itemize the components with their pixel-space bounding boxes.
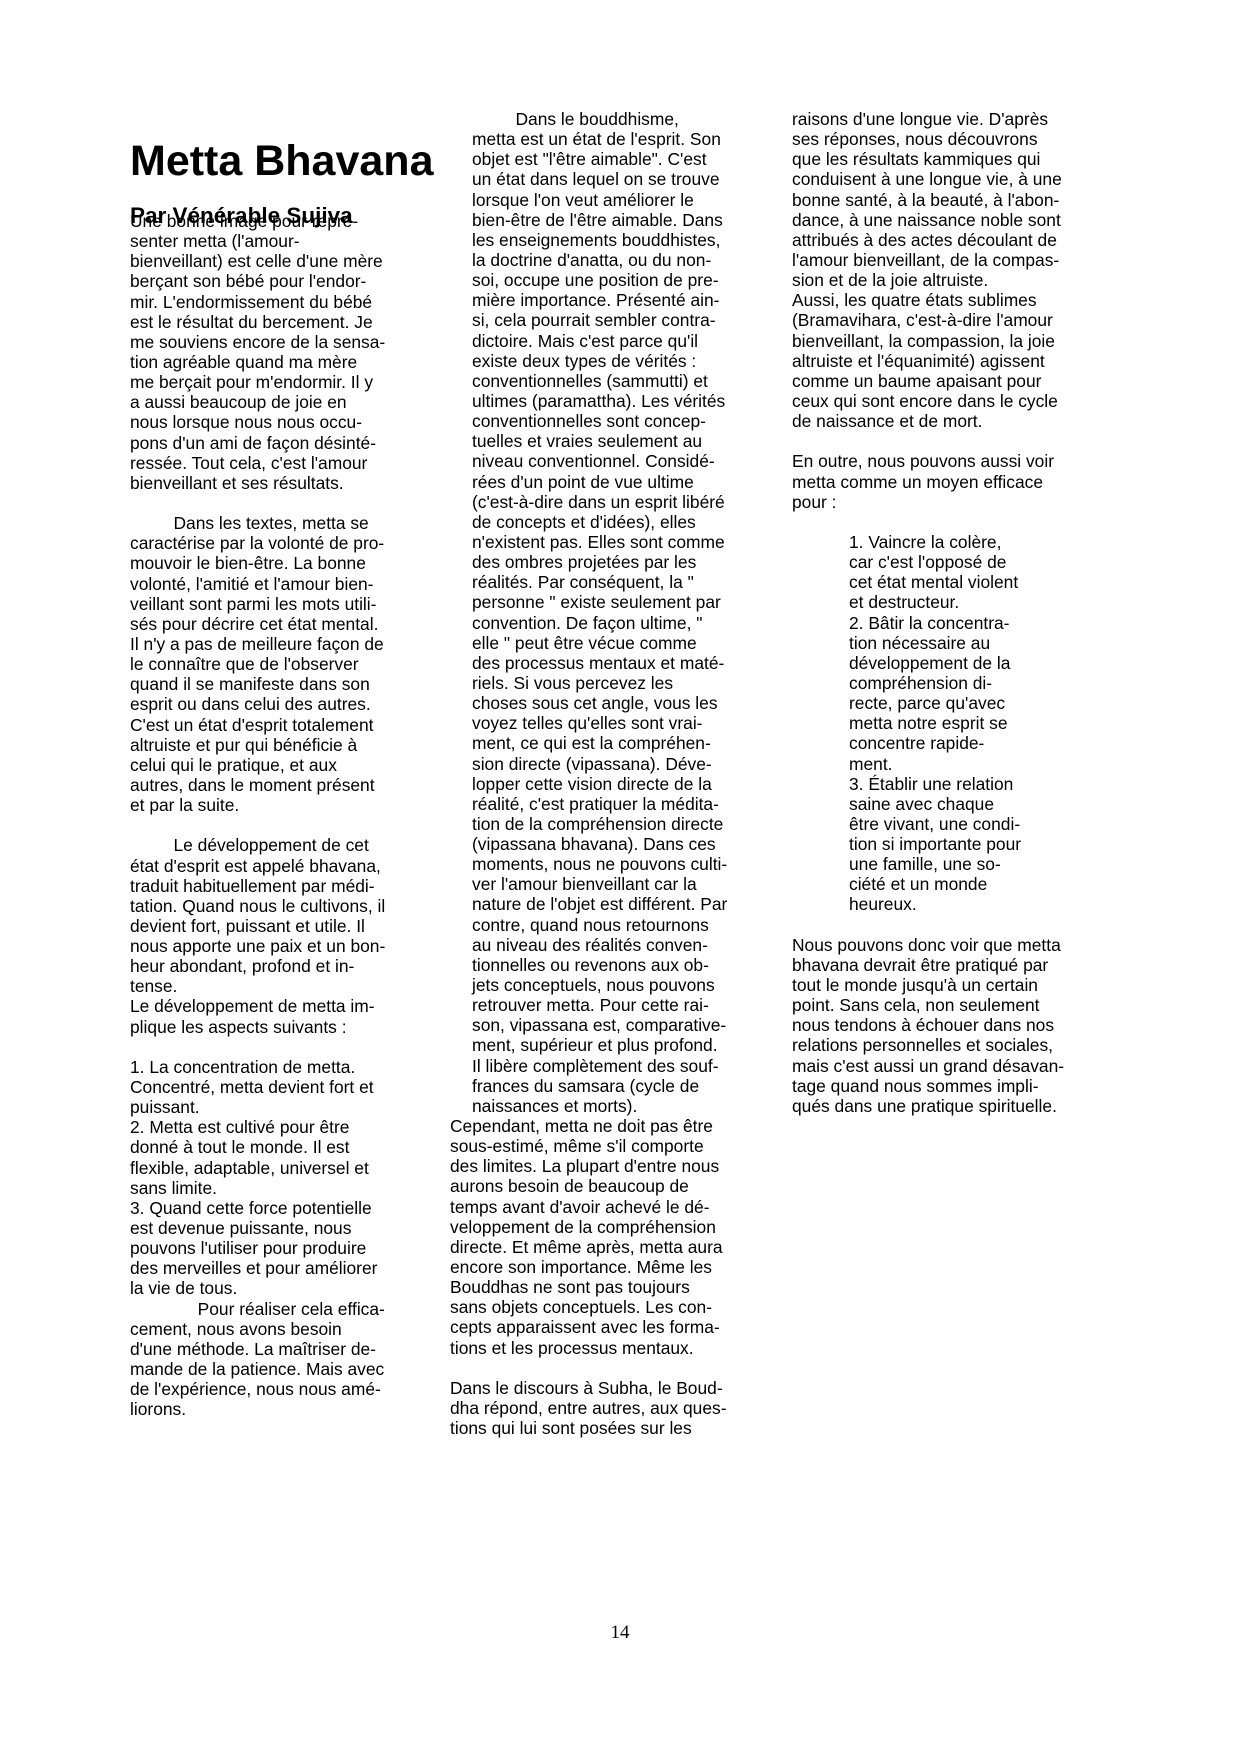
text-line: Concentré, metta devient fort et bbox=[130, 1077, 440, 1097]
text-line: directe. Et même après, metta aura bbox=[450, 1237, 782, 1257]
page-number: 14 bbox=[0, 1622, 1240, 1644]
text-line: niveau conventionnel. Considé- bbox=[472, 451, 782, 471]
text-line: sous-estimé, même s'il comporte bbox=[450, 1136, 782, 1156]
text-line: heur abondant, profond et in- bbox=[130, 956, 440, 976]
text-column-1: Une bonne image pour repré-senter metta … bbox=[130, 211, 440, 1419]
text-line: tuelles et vraies seulement au bbox=[472, 431, 782, 451]
text-line: altruiste et l'équanimité) agissent bbox=[792, 351, 1122, 371]
text-line: a aussi beaucoup de joie en bbox=[130, 392, 440, 412]
text-line: tion de la compréhension directe bbox=[472, 814, 782, 834]
text-line: existe deux types de vérités : bbox=[472, 351, 782, 371]
text-line: mouvoir le bien-être. La bonne bbox=[130, 553, 440, 573]
text-line: En outre, nous pouvons aussi voir bbox=[792, 451, 1122, 471]
text-line: tion nécessaire au bbox=[792, 633, 1122, 653]
text-line: metta comme un moyen efficace bbox=[792, 472, 1122, 492]
text-line: bien-être de l'être aimable. Dans bbox=[472, 210, 782, 230]
text-line: sion directe (vipassana). Déve- bbox=[472, 754, 782, 774]
text-line: celui qui le pratique, et aux bbox=[130, 755, 440, 775]
text-line: tion agréable quand ma mère bbox=[130, 352, 440, 372]
text-line: devient fort, puissant et utile. Il bbox=[130, 916, 440, 936]
text-line: pour : bbox=[792, 492, 1122, 512]
text-line: tation. Quand nous le cultivons, il bbox=[130, 896, 440, 916]
text-line: des merveilles et pour améliorer bbox=[130, 1258, 440, 1278]
text-line bbox=[792, 431, 1122, 451]
text-line: mir. L'endormissement du bébé bbox=[130, 292, 440, 312]
text-line: Une bonne image pour repré- bbox=[130, 211, 440, 231]
text-line: compréhension di- bbox=[792, 673, 1122, 693]
text-line: les enseignements bouddhistes, bbox=[472, 230, 782, 250]
text-line: dictoire. Mais c'est parce qu'il bbox=[472, 331, 782, 351]
text-line: 1. La concentration de metta. bbox=[130, 1057, 440, 1077]
text-line: mande de la patience. Mais avec bbox=[130, 1359, 440, 1379]
text-line: au niveau des réalités conven- bbox=[472, 935, 782, 955]
text-line: rées d'un point de vue ultime bbox=[472, 472, 782, 492]
text-line bbox=[792, 915, 1122, 935]
text-line: voyez telles qu'elles sont vrai- bbox=[472, 713, 782, 733]
text-line: Bouddhas ne sont pas toujours bbox=[450, 1277, 782, 1297]
text-line: ses réponses, nous découvrons bbox=[792, 129, 1122, 149]
text-line: me souviens encore de la sensa- bbox=[130, 332, 440, 352]
text-line: esprit ou dans celui des autres. bbox=[130, 694, 440, 714]
text-line: réalité, c'est pratiquer la médita- bbox=[472, 794, 782, 814]
text-line: elle " peut être vécue comme bbox=[472, 633, 782, 653]
text-line: Aussi, les quatre états sublimes bbox=[792, 290, 1122, 310]
text-line: sion et de la joie altruiste. bbox=[792, 270, 1122, 290]
text-line: ceux qui sont encore dans le cycle bbox=[792, 391, 1122, 411]
text-line: n'existent pas. Elles sont comme bbox=[472, 532, 782, 552]
text-line: recte, parce qu'avec bbox=[792, 693, 1122, 713]
text-line: ment. bbox=[792, 754, 1122, 774]
text-line: point. Sans cela, non seulement bbox=[792, 995, 1122, 1015]
text-line: altruiste et pur qui bénéficie à bbox=[130, 735, 440, 755]
text-line: cet état mental violent bbox=[792, 572, 1122, 592]
text-line: d'une méthode. La maîtriser de- bbox=[130, 1339, 440, 1359]
text-line: encore son importance. Même les bbox=[450, 1257, 782, 1277]
text-column-2: Dans le bouddhisme,metta est un état de … bbox=[472, 109, 782, 1438]
text-line: bienveillant, la compassion, la joie bbox=[792, 331, 1122, 351]
text-line: quand il se manifeste dans son bbox=[130, 674, 440, 694]
text-line: et destructeur. bbox=[792, 592, 1122, 612]
text-line: une famille, une so- bbox=[792, 854, 1122, 874]
text-line: l'amour bienveillant, de la compas- bbox=[792, 250, 1122, 270]
text-line: heureux. bbox=[792, 894, 1122, 914]
text-line: nous tendons à échouer dans nos bbox=[792, 1015, 1122, 1035]
text-line: lorsque l'on veut améliorer le bbox=[472, 190, 782, 210]
text-line: berçant son bébé pour l'endor- bbox=[130, 271, 440, 291]
text-line: être vivant, une condi- bbox=[792, 814, 1122, 834]
text-line: un état dans lequel on se trouve bbox=[472, 169, 782, 189]
text-line: des limites. La plupart d'entre nous bbox=[450, 1156, 782, 1176]
text-line: tions qui lui sont posées sur les bbox=[450, 1418, 782, 1438]
text-line: 2. Bâtir la concentra- bbox=[792, 613, 1122, 633]
text-line: Nous pouvons donc voir que metta bbox=[792, 935, 1122, 955]
text-line: de naissance et de mort. bbox=[792, 411, 1122, 431]
text-line bbox=[450, 1358, 782, 1378]
text-line: mière importance. Présenté ain- bbox=[472, 290, 782, 310]
text-line: réalités. Par conséquent, la " bbox=[472, 572, 782, 592]
text-line: saine avec chaque bbox=[792, 794, 1122, 814]
text-line: tion si importante pour bbox=[792, 834, 1122, 854]
text-line: 3. Quand cette force potentielle bbox=[130, 1198, 440, 1218]
text-line: qués dans une pratique spirituelle. bbox=[792, 1096, 1122, 1116]
text-line: veloppement de la compréhension bbox=[450, 1217, 782, 1237]
text-line: ment, ce qui est la compréhen- bbox=[472, 733, 782, 753]
text-line: metta est un état de l'esprit. Son bbox=[472, 129, 782, 149]
text-line: Il n'y a pas de meilleure façon de bbox=[130, 634, 440, 654]
text-line: tage quand nous sommes impli- bbox=[792, 1076, 1122, 1096]
text-line: raisons d'une longue vie. D'après bbox=[792, 109, 1122, 129]
text-line: temps avant d'avoir achevé le dé- bbox=[450, 1197, 782, 1217]
text-line: nous lorsque nous nous occu- bbox=[130, 412, 440, 432]
text-line bbox=[130, 493, 440, 513]
text-line: ciété et un monde bbox=[792, 874, 1122, 894]
text-line: flexible, adaptable, universel et bbox=[130, 1158, 440, 1178]
text-line: C'est un état d'esprit totalement bbox=[130, 715, 440, 735]
text-line: attribués à des actes découlant de bbox=[792, 230, 1122, 250]
text-line: est devenue puissante, nous bbox=[130, 1218, 440, 1238]
text-line: caractérise par la volonté de pro- bbox=[130, 533, 440, 553]
text-line: aurons besoin de beaucoup de bbox=[450, 1176, 782, 1196]
text-line: relations personnelles et sociales, bbox=[792, 1035, 1122, 1055]
text-line: 1. Vaincre la colère, bbox=[792, 532, 1122, 552]
text-line: de concepts et d'idées), elles bbox=[472, 512, 782, 532]
text-line: metta notre esprit se bbox=[792, 713, 1122, 733]
text-line: Le développement de cet bbox=[130, 835, 440, 855]
text-line: tout le monde jusqu'à un certain bbox=[792, 975, 1122, 995]
article-title: Metta Bhavana bbox=[130, 136, 433, 186]
text-line: cement, nous avons besoin bbox=[130, 1319, 440, 1339]
text-line: ultimes (paramattha). Les vérités bbox=[472, 391, 782, 411]
text-line: Dans le bouddhisme, bbox=[472, 109, 782, 129]
text-line: nous apporte une paix et un bon- bbox=[130, 936, 440, 956]
text-line bbox=[792, 512, 1122, 532]
text-line: sés pour décrire cet état mental. bbox=[130, 614, 440, 634]
text-line: senter metta (l'amour- bbox=[130, 231, 440, 251]
text-line: sans limite. bbox=[130, 1178, 440, 1198]
text-line: choses sous cet angle, vous les bbox=[472, 693, 782, 713]
text-line: veillant sont parmi les mots utili- bbox=[130, 594, 440, 614]
text-line: bienveillant et ses résultats. bbox=[130, 473, 440, 493]
text-line: puissant. bbox=[130, 1097, 440, 1117]
text-line: pouvons l'utiliser pour produire bbox=[130, 1238, 440, 1258]
text-line: dha répond, entre autres, aux ques- bbox=[450, 1398, 782, 1418]
text-line: personne " existe seulement par bbox=[472, 592, 782, 612]
text-line: jets conceptuels, nous pouvons bbox=[472, 975, 782, 995]
text-line: car c'est l'opposé de bbox=[792, 552, 1122, 572]
text-line: si, cela pourrait sembler contra- bbox=[472, 310, 782, 330]
text-line: frances du samsara (cycle de bbox=[472, 1076, 782, 1096]
text-line: Cependant, metta ne doit pas être bbox=[450, 1116, 782, 1136]
text-line: ressée. Tout cela, c'est l'amour bbox=[130, 453, 440, 473]
text-line: et par la suite. bbox=[130, 795, 440, 815]
text-line: 2. Metta est cultivé pour être bbox=[130, 1117, 440, 1137]
text-line: conventionnelles (sammutti) et bbox=[472, 371, 782, 391]
text-line: nature de l'objet est différent. Par bbox=[472, 894, 782, 914]
text-line: soi, occupe une position de pre- bbox=[472, 270, 782, 290]
text-line: liorons. bbox=[130, 1399, 440, 1419]
text-line: son, vipassana est, comparative- bbox=[472, 1015, 782, 1035]
text-line: Pour réaliser cela effica- bbox=[130, 1299, 440, 1319]
text-line: objet est "l'être aimable". C'est bbox=[472, 149, 782, 169]
text-line: Dans le discours à Subha, le Boud- bbox=[450, 1378, 782, 1398]
text-line: dance, à une naissance noble sont bbox=[792, 210, 1122, 230]
text-line: tionnelles ou revenons aux ob- bbox=[472, 955, 782, 975]
text-line: mais c'est aussi un grand désavan- bbox=[792, 1056, 1122, 1076]
text-line: des ombres projetées par les bbox=[472, 552, 782, 572]
text-line bbox=[130, 815, 440, 835]
text-line: conventionnelles sont concep- bbox=[472, 411, 782, 431]
text-line: Dans les textes, metta se bbox=[130, 513, 440, 533]
text-line: concentre rapide- bbox=[792, 733, 1122, 753]
text-line: sans objets conceptuels. Les con- bbox=[450, 1297, 782, 1317]
text-line: état d'esprit est appelé bhavana, bbox=[130, 856, 440, 876]
text-line: riels. Si vous percevez les bbox=[472, 673, 782, 693]
text-line: des processus mentaux et maté- bbox=[472, 653, 782, 673]
text-line: 3. Établir une relation bbox=[792, 774, 1122, 794]
text-line: la doctrine d'anatta, ou du non- bbox=[472, 250, 782, 270]
text-line: bhavana devrait être pratiqué par bbox=[792, 955, 1122, 975]
text-line: contre, quand nous retournons bbox=[472, 915, 782, 935]
text-line: le connaître que de l'observer bbox=[130, 654, 440, 674]
text-line: pons d'un ami de façon désinté- bbox=[130, 433, 440, 453]
text-line bbox=[130, 1037, 440, 1057]
text-line: (Bramavihara, c'est-à-dire l'amour bbox=[792, 310, 1122, 330]
text-line: bienveillant) est celle d'une mère bbox=[130, 251, 440, 271]
text-line: de l'expérience, nous nous amé- bbox=[130, 1379, 440, 1399]
text-line: que les résultats kammiques qui bbox=[792, 149, 1122, 169]
text-line: tions et les processus mentaux. bbox=[450, 1338, 782, 1358]
text-line: me berçait pour m'endormir. Il y bbox=[130, 372, 440, 392]
text-line: cepts apparaissent avec les forma- bbox=[450, 1317, 782, 1337]
text-line: est le résultat du bercement. Je bbox=[130, 312, 440, 332]
text-line: ment, supérieur et plus profond. bbox=[472, 1035, 782, 1055]
text-line: traduit habituellement par médi- bbox=[130, 876, 440, 896]
text-line: bonne santé, à la beauté, à l'abon- bbox=[792, 190, 1122, 210]
text-line: Il libère complètement des souf- bbox=[472, 1056, 782, 1076]
text-line: convention. De façon ultime, " bbox=[472, 613, 782, 633]
text-line: plique les aspects suivants : bbox=[130, 1017, 440, 1037]
text-line: ver l'amour bienveillant car la bbox=[472, 874, 782, 894]
text-line: Le développement de metta im- bbox=[130, 996, 440, 1016]
text-line: tense. bbox=[130, 976, 440, 996]
text-line: donné à tout le monde. Il est bbox=[130, 1137, 440, 1157]
text-line: retrouver metta. Pour cette rai- bbox=[472, 995, 782, 1015]
text-line: volonté, l'amitié et l'amour bien- bbox=[130, 574, 440, 594]
text-column-3: raisons d'une longue vie. D'aprèsses rép… bbox=[792, 109, 1122, 1116]
text-line: développement de la bbox=[792, 653, 1122, 673]
text-line: moments, nous ne pouvons culti- bbox=[472, 854, 782, 874]
text-line: (vipassana bhavana). Dans ces bbox=[472, 834, 782, 854]
text-line: conduisent à une longue vie, à une bbox=[792, 169, 1122, 189]
text-line: (c'est-à-dire dans un esprit libéré bbox=[472, 492, 782, 512]
text-line: autres, dans le moment présent bbox=[130, 775, 440, 795]
text-line: lopper cette vision directe de la bbox=[472, 774, 782, 794]
text-line: la vie de tous. bbox=[130, 1278, 440, 1298]
text-line: naissances et morts). bbox=[472, 1096, 782, 1116]
text-line: comme un baume apaisant pour bbox=[792, 371, 1122, 391]
